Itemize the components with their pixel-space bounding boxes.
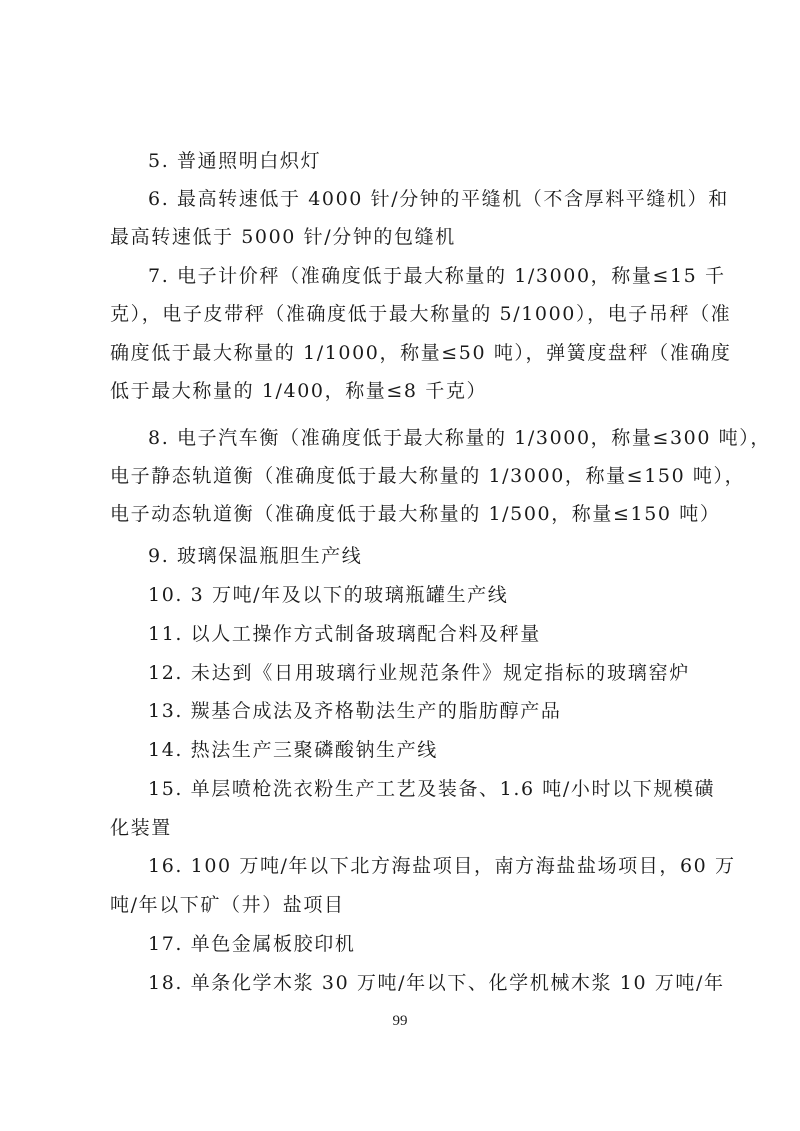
- list-item-5: 5. 普通照明白炽灯: [148, 148, 690, 174]
- list-item-14: 14. 热法生产三聚磷酸钠生产线: [148, 737, 690, 763]
- list-item-7: 7. 电子计价秤（准确度低于最大称量的 1/3000，称量≤15 千: [148, 263, 690, 289]
- list-item-9: 9. 玻璃保温瓶胆生产线: [148, 543, 690, 569]
- document-page: 5. 普通照明白炽灯 6. 最高转速低于 4000 针/分钟的平缝机（不含厚料平…: [0, 0, 800, 1131]
- page-number: 99: [0, 1012, 800, 1030]
- list-item-15-continuation: 化装置: [110, 815, 690, 841]
- list-item-17: 17. 单色金属板胶印机: [148, 931, 690, 957]
- list-item-10: 10. 3 万吨/年及以下的玻璃瓶罐生产线: [148, 582, 690, 608]
- list-item-7-continuation-1: 克），电子皮带秤（准确度低于最大称量的 5/1000），电子吊秤（准: [110, 301, 690, 327]
- list-item-13: 13. 羰基合成法及齐格勒法生产的脂肪醇产品: [148, 698, 690, 724]
- list-item-7-continuation-3: 低于最大称量的 1/400，称量≤8 千克）: [110, 378, 690, 404]
- list-item-11: 11. 以人工操作方式制备玻璃配合料及秤量: [148, 621, 690, 647]
- list-item-15: 15. 单层喷枪洗衣粉生产工艺及装备、1.6 吨/小时以下规模磺: [148, 776, 690, 802]
- list-item-8-continuation-1: 电子静态轨道衡（准确度低于最大称量的 1/3000，称量≤150 吨），: [110, 463, 690, 489]
- list-item-6: 6. 最高转速低于 4000 针/分钟的平缝机（不含厚料平缝机）和: [148, 186, 690, 212]
- list-item-8-continuation-2: 电子动态轨道衡（准确度低于最大称量的 1/500，称量≤150 吨）: [110, 501, 690, 527]
- list-item-12: 12. 未达到《日用玻璃行业规范条件》规定指标的玻璃窑炉: [148, 660, 690, 686]
- list-item-8: 8. 电子汽车衡（准确度低于最大称量的 1/3000，称量≤300 吨），: [148, 425, 690, 451]
- list-item-16: 16. 100 万吨/年以下北方海盐项目，南方海盐盐场项目，60 万: [148, 853, 690, 879]
- list-item-18: 18. 单条化学木浆 30 万吨/年以下、化学机械木浆 10 万吨/年: [148, 970, 690, 996]
- list-item-7-continuation-2: 确度低于最大称量的 1/1000，称量≤50 吨），弹簧度盘秤（准确度: [110, 340, 690, 366]
- list-item-16-continuation: 吨/年以下矿（井）盐项目: [110, 892, 690, 918]
- list-item-6-continuation: 最高转速低于 5000 针/分钟的包缝机: [110, 224, 690, 250]
